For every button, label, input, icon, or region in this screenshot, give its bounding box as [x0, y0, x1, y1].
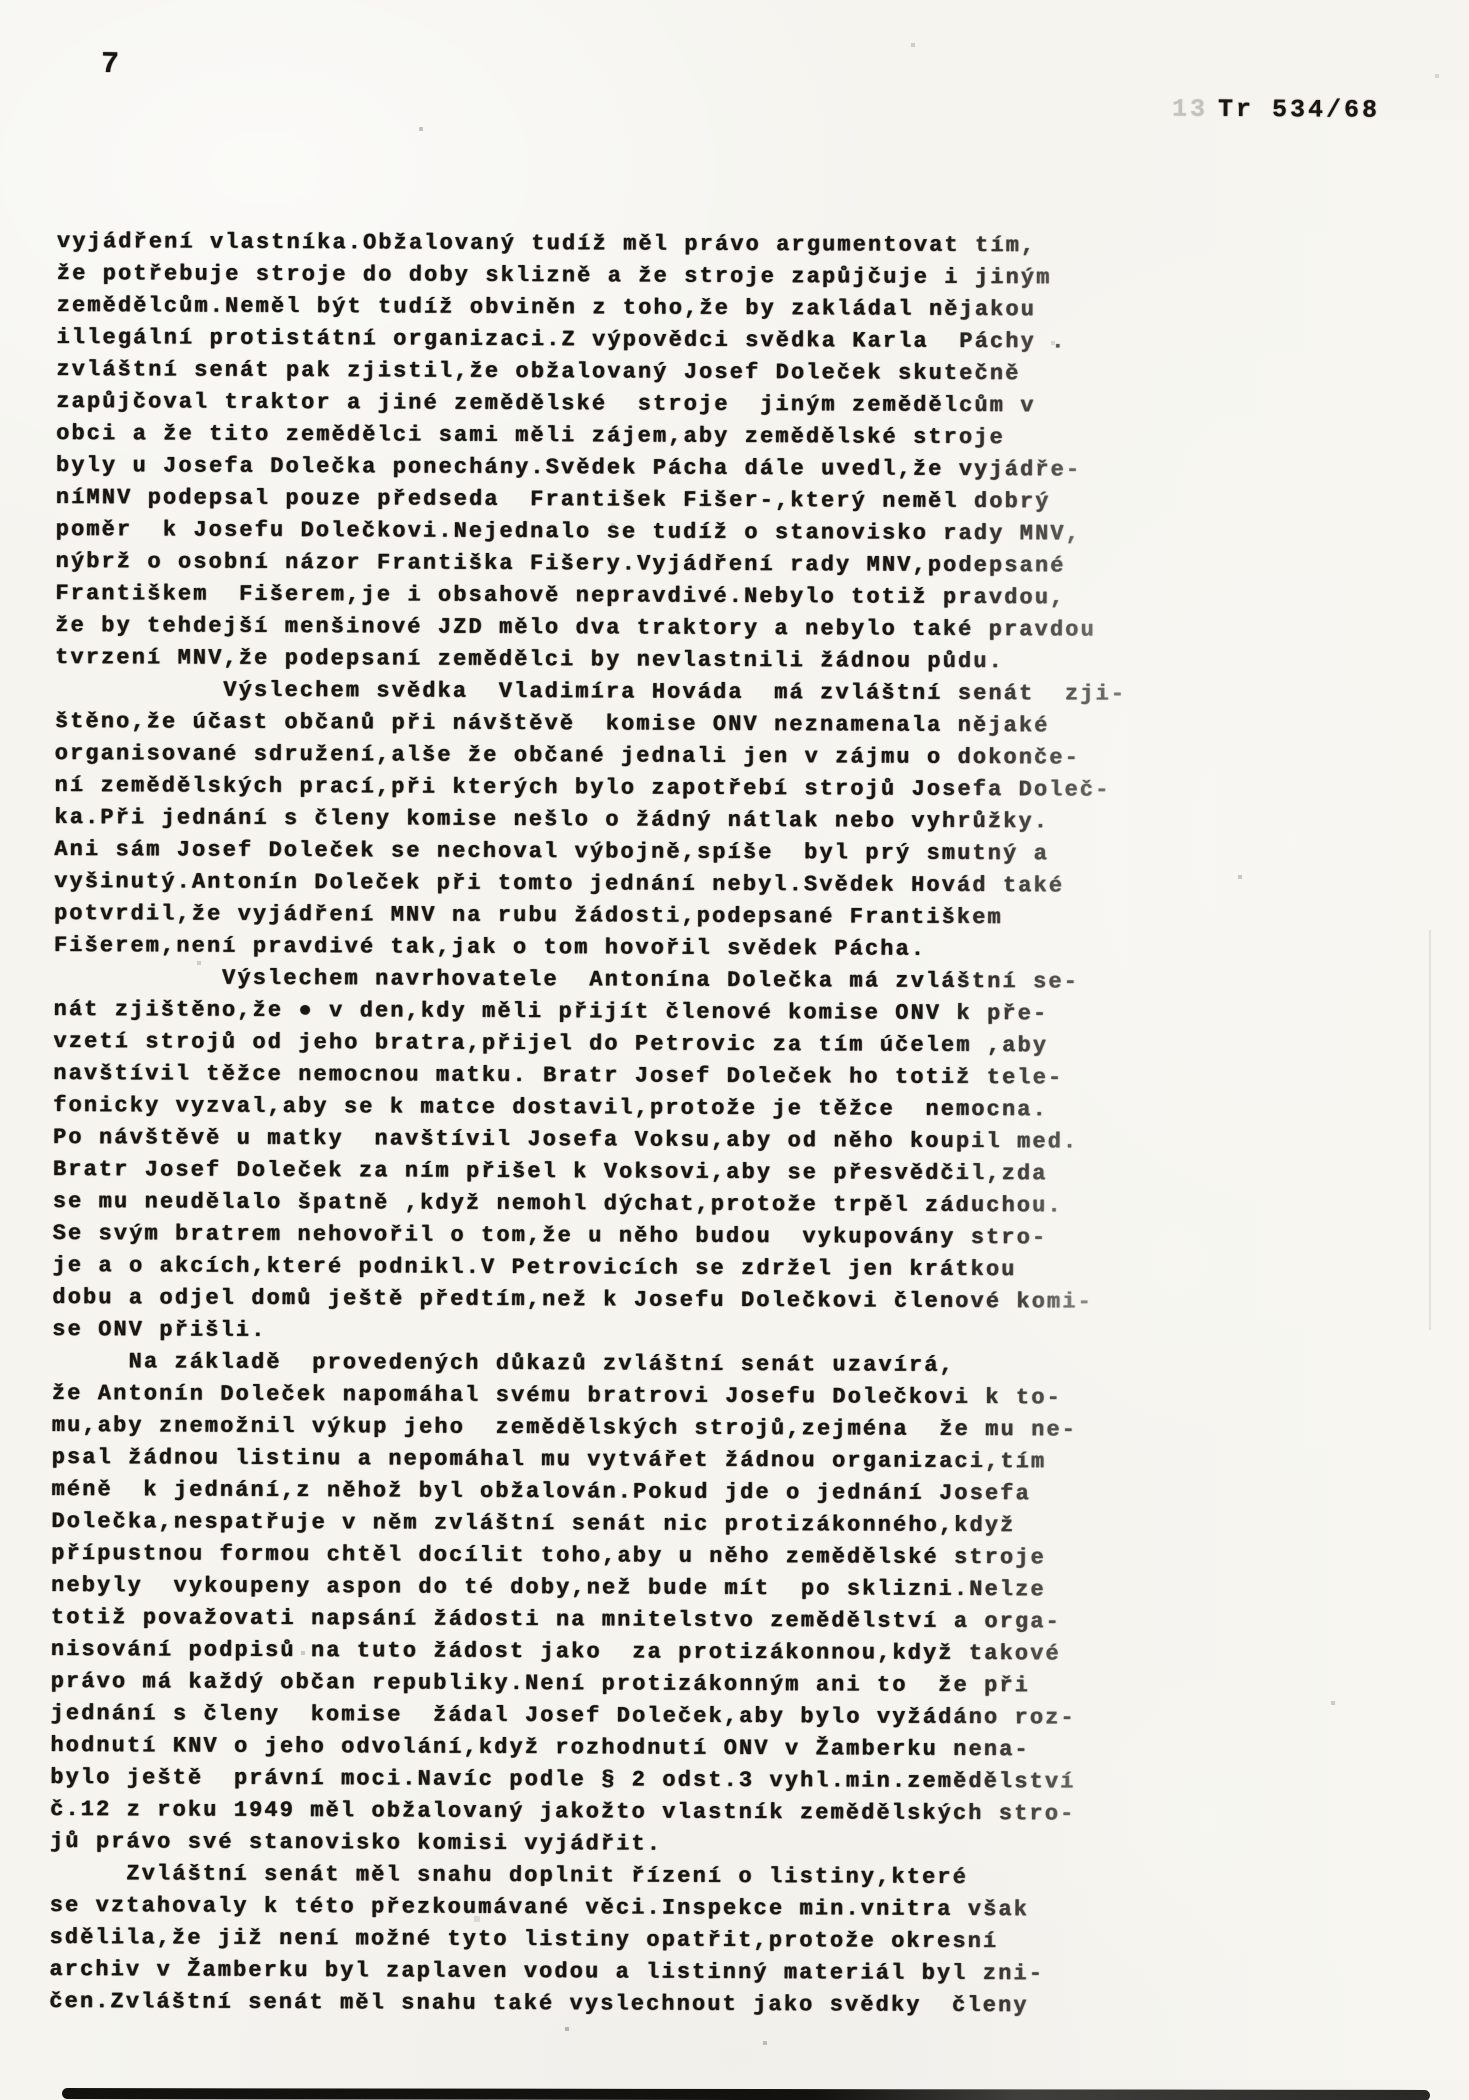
scan-noise-speckles: [0, 0, 2, 2]
scan-fade-blob-bottom: [980, 1560, 1440, 2080]
scan-fade-blob-middle: [950, 980, 1410, 1540]
scan-bottom-edge-bar: [62, 2088, 1430, 2100]
scan-right-edge-line: [1429, 930, 1431, 1330]
scan-fade-blob-top: [960, 160, 1460, 920]
page-number: 7: [101, 48, 122, 82]
scanned-document-page: 7 13Tr 534/68 vyjádření vlastníka.Obžalo…: [0, 0, 1469, 2100]
